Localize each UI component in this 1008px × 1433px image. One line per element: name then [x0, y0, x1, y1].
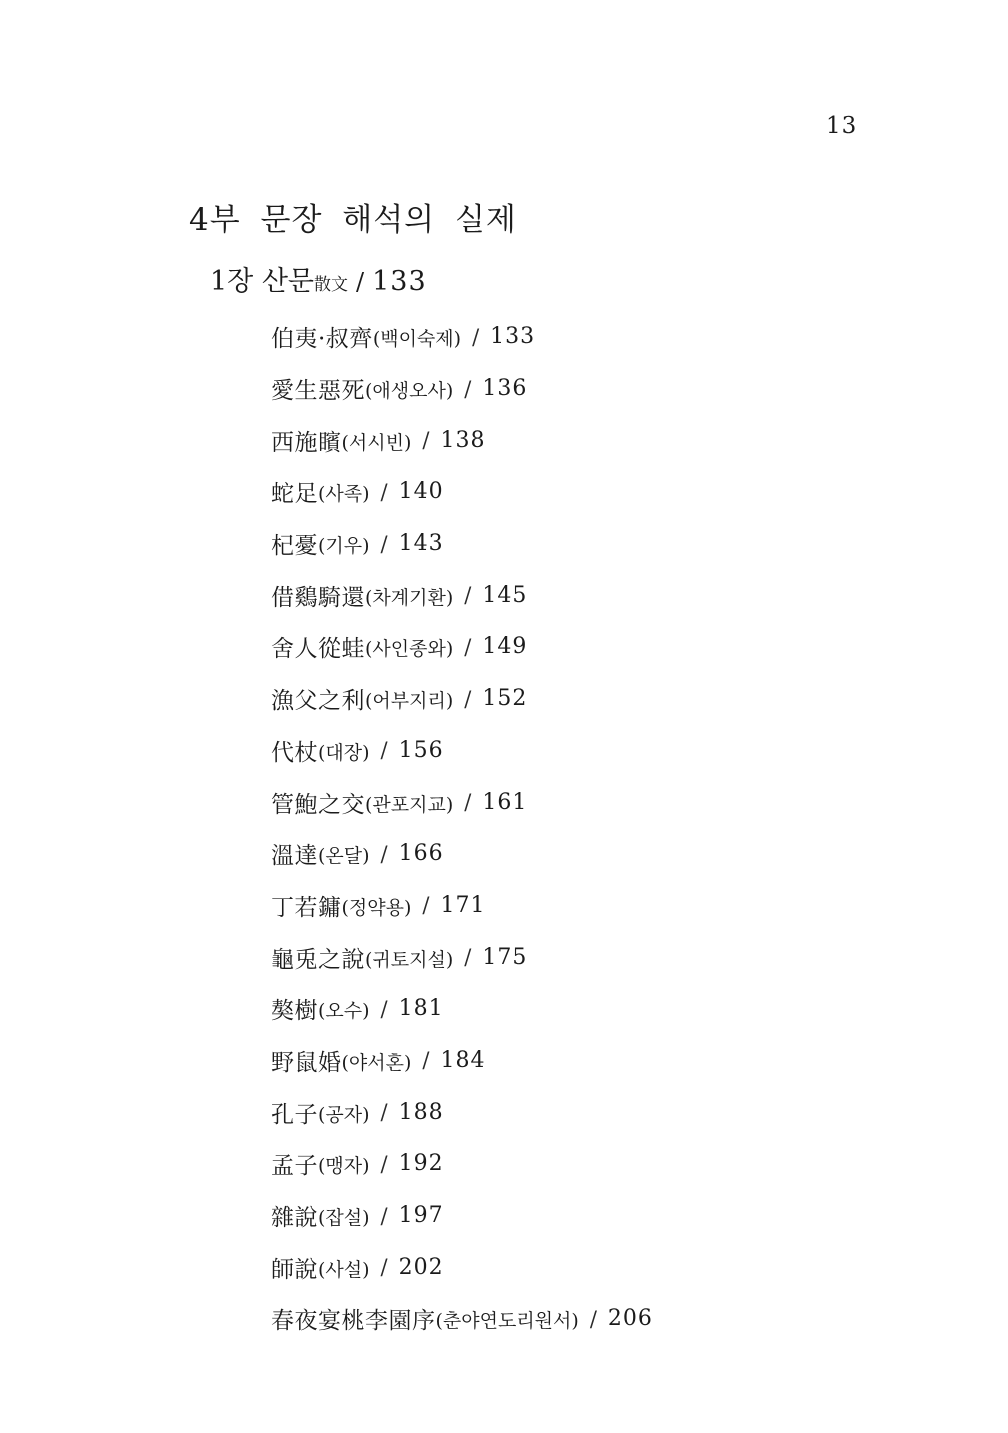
entry-separator: / — [464, 377, 471, 401]
entry-reading-korean: (기우) — [318, 529, 370, 558]
entry-title-hanja: 野鼠婚 — [271, 1044, 342, 1077]
entry-separator: / — [422, 428, 429, 452]
entry-separator: / — [381, 1204, 388, 1228]
entry-reading-korean: (야서혼) — [342, 1046, 412, 1075]
entry-title-hanja: 春夜宴桃李園序 — [271, 1302, 436, 1335]
toc-entry: 西施矉(서시빈)/138 — [271, 414, 653, 466]
toc-entry: 借鷄騎還(차계기환)/145 — [271, 569, 653, 621]
toc-entry: 愛生惡死(애생오사)/136 — [271, 363, 653, 415]
entry-separator: / — [381, 532, 388, 556]
toc-entry: 春夜宴桃李園序(춘야연도리원서)/206 — [271, 1293, 653, 1345]
entry-page-number: 188 — [399, 1100, 444, 1125]
entry-page-number: 171 — [440, 893, 485, 918]
entry-separator: / — [381, 1255, 388, 1279]
toc-entry: 漁父之利(어부지리)/152 — [271, 673, 653, 725]
entry-reading-korean: (사족) — [318, 477, 370, 506]
entry-separator: / — [422, 893, 429, 917]
entry-page-number: 145 — [482, 583, 527, 608]
entry-page-number: 140 — [399, 479, 444, 504]
entry-page-number: 143 — [399, 531, 444, 556]
entry-separator: / — [381, 1152, 388, 1176]
entry-title-hanja: 伯夷·叔齊 — [271, 320, 373, 353]
chapter-heading: 1장 산문散文/133 — [210, 259, 427, 298]
chapter-page-number: 133 — [372, 266, 427, 297]
entry-page-number: 184 — [440, 1048, 485, 1073]
chapter-title: 1장 산문 — [210, 266, 314, 297]
entry-title-hanja: 舍人從蛙 — [271, 630, 365, 663]
chapter-separator: / — [356, 268, 364, 296]
toc-entry: 龜兎之說(귀토지설)/175 — [271, 931, 653, 983]
entry-separator: / — [381, 480, 388, 504]
entry-page-number: 136 — [482, 376, 527, 401]
part-heading: 4부 문장 해석의 실제 — [189, 194, 517, 239]
entry-title-hanja: 漁父之利 — [271, 682, 365, 715]
toc-entry: 伯夷·叔齊(백이숙제)/133 — [271, 311, 653, 363]
toc-entry: 師說(사설)/202 — [271, 1241, 653, 1293]
entry-title-hanja: 獒樹 — [271, 992, 318, 1025]
entry-title-hanja: 西施矉 — [271, 424, 342, 457]
entry-page-number: 192 — [399, 1151, 444, 1176]
entry-reading-korean: (대장) — [318, 736, 370, 765]
entry-page-number: 161 — [482, 790, 527, 815]
entry-separator: / — [464, 790, 471, 814]
entry-reading-korean: (애생오사) — [365, 374, 453, 403]
entry-reading-korean: (차계기환) — [365, 581, 453, 610]
entry-reading-korean: (사설) — [318, 1253, 370, 1282]
entry-page-number: 197 — [399, 1203, 444, 1228]
entry-reading-korean: (잡설) — [318, 1201, 370, 1230]
toc-entry: 杞憂(기우)/143 — [271, 518, 653, 570]
chapter-hanja-subtitle: 散文 — [314, 275, 348, 295]
entry-reading-korean: (춘야연도리원서) — [436, 1304, 579, 1333]
entry-reading-korean: (관포지교) — [365, 788, 453, 817]
entry-separator: / — [381, 1100, 388, 1124]
entry-separator: / — [590, 1307, 597, 1331]
entry-page-number: 181 — [399, 996, 444, 1021]
toc-entry: 孔子(공자)/188 — [271, 1086, 653, 1138]
toc-entry: 代杖(대장)/156 — [271, 725, 653, 777]
entry-separator: / — [464, 583, 471, 607]
entry-page-number: 175 — [482, 945, 527, 970]
entry-page-number: 149 — [482, 634, 527, 659]
page-number: 13 — [826, 113, 857, 139]
toc-entry: 蛇足(사족)/140 — [271, 466, 653, 518]
entry-title-hanja: 溫達 — [271, 837, 318, 870]
entry-reading-korean: (온달) — [318, 839, 370, 868]
entry-title-hanja: 愛生惡死 — [271, 372, 365, 405]
entry-reading-korean: (오수) — [318, 994, 370, 1023]
entry-page-number: 202 — [399, 1255, 444, 1280]
entry-reading-korean: (공자) — [318, 1098, 370, 1127]
entry-page-number: 166 — [399, 841, 444, 866]
entry-title-hanja: 杞憂 — [271, 527, 318, 560]
entry-title-hanja: 雜說 — [271, 1199, 318, 1232]
entry-title-hanja: 管鮑之交 — [271, 786, 365, 819]
toc-entry-list: 伯夷·叔齊(백이숙제)/133 愛生惡死(애생오사)/136 西施矉(서시빈)/… — [271, 311, 653, 1345]
entry-separator: / — [422, 1048, 429, 1072]
entry-page-number: 206 — [608, 1306, 653, 1331]
entry-reading-korean: (귀토지설) — [365, 943, 453, 972]
toc-entry: 舍人從蛙(사인종와)/149 — [271, 621, 653, 673]
entry-title-hanja: 孔子 — [271, 1096, 318, 1129]
toc-entry: 雜說(잡설)/197 — [271, 1190, 653, 1242]
entry-page-number: 156 — [399, 738, 444, 763]
entry-title-hanja: 蛇足 — [271, 475, 318, 508]
entry-title-hanja: 龜兎之說 — [271, 941, 365, 974]
entry-title-hanja: 代杖 — [271, 734, 318, 767]
toc-entry: 獒樹(오수)/181 — [271, 983, 653, 1035]
entry-title-hanja: 借鷄騎還 — [271, 579, 365, 612]
entry-reading-korean: (사인종와) — [365, 632, 453, 661]
entry-separator: / — [464, 687, 471, 711]
entry-reading-korean: (정약용) — [342, 891, 412, 920]
entry-separator: / — [381, 842, 388, 866]
entry-reading-korean: (백이숙제) — [373, 322, 461, 351]
entry-page-number: 152 — [482, 686, 527, 711]
toc-entry: 溫達(온달)/166 — [271, 828, 653, 880]
entry-page-number: 138 — [440, 428, 485, 453]
toc-entry: 野鼠婚(야서혼)/184 — [271, 1035, 653, 1087]
entry-separator: / — [381, 738, 388, 762]
entry-separator: / — [464, 945, 471, 969]
entry-title-hanja: 孟子 — [271, 1147, 318, 1180]
entry-separator: / — [472, 325, 479, 349]
entry-separator: / — [381, 997, 388, 1021]
entry-reading-korean: (어부지리) — [365, 684, 453, 713]
entry-title-hanja: 師說 — [271, 1251, 318, 1284]
toc-entry: 管鮑之交(관포지교)/161 — [271, 776, 653, 828]
entry-reading-korean: (서시빈) — [342, 426, 412, 455]
entry-title-hanja: 丁若鏞 — [271, 889, 342, 922]
entry-separator: / — [464, 635, 471, 659]
entry-page-number: 133 — [490, 324, 535, 349]
entry-reading-korean: (맹자) — [318, 1149, 370, 1178]
toc-entry: 丁若鏞(정약용)/171 — [271, 880, 653, 932]
toc-entry: 孟子(맹자)/192 — [271, 1138, 653, 1190]
